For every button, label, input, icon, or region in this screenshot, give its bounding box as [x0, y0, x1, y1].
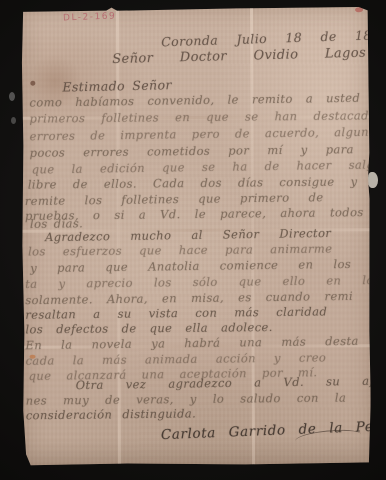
handwriting-line: nes muy de veras, y lo saludo con la [26, 391, 347, 408]
edge-tear-highlight [368, 172, 378, 188]
handwriting-line: y para que Anatolia comience en los [30, 257, 351, 275]
archival-number: DL-2-169 [63, 11, 117, 23]
handwriting-line: pocos errores cometidos por mí y para [30, 142, 354, 160]
salutation-line: Estimado Señor [62, 77, 172, 94]
handwriting-line: resaltan a su vista con más claridad [25, 304, 327, 321]
handwriting-line: los esfuerzos que hace para animarme [28, 242, 332, 259]
signature: Carlota Garrido de la Peña [161, 418, 386, 443]
handwriting-line: libre de ellos. Cada dos días consigue y [28, 174, 358, 191]
handwriting-line: En la novela ya habrá una más desta [25, 334, 358, 352]
edge-speck-2 [11, 117, 16, 124]
handwriting-line: consideración distinguida. [26, 406, 196, 422]
handwriting-line: los defectos de que ella adolece. [25, 320, 273, 336]
addressee-line: Señor Doctor Ovidio Lagos [112, 46, 366, 67]
scan-background: DL-2-169 Coronda Julio 18 de 1899 Señor … [0, 0, 386, 480]
red-corner-fleck [355, 7, 363, 12]
letter-paper: DL-2-169 Coronda Julio 18 de 1899 Señor … [21, 6, 371, 466]
handwriting-line: primeros folletines en que se han destac… [29, 108, 376, 125]
edge-speck-1 [9, 92, 15, 101]
handwriting-line: ta y aprecio los sólo que ello en lo [25, 273, 374, 291]
ink-dot-stain [30, 81, 35, 86]
handwriting-line: errores de imprenta pero de acuerdo, alg… [29, 125, 382, 144]
handwriting-line: que la edición que se ha de hacer salga [32, 157, 382, 176]
